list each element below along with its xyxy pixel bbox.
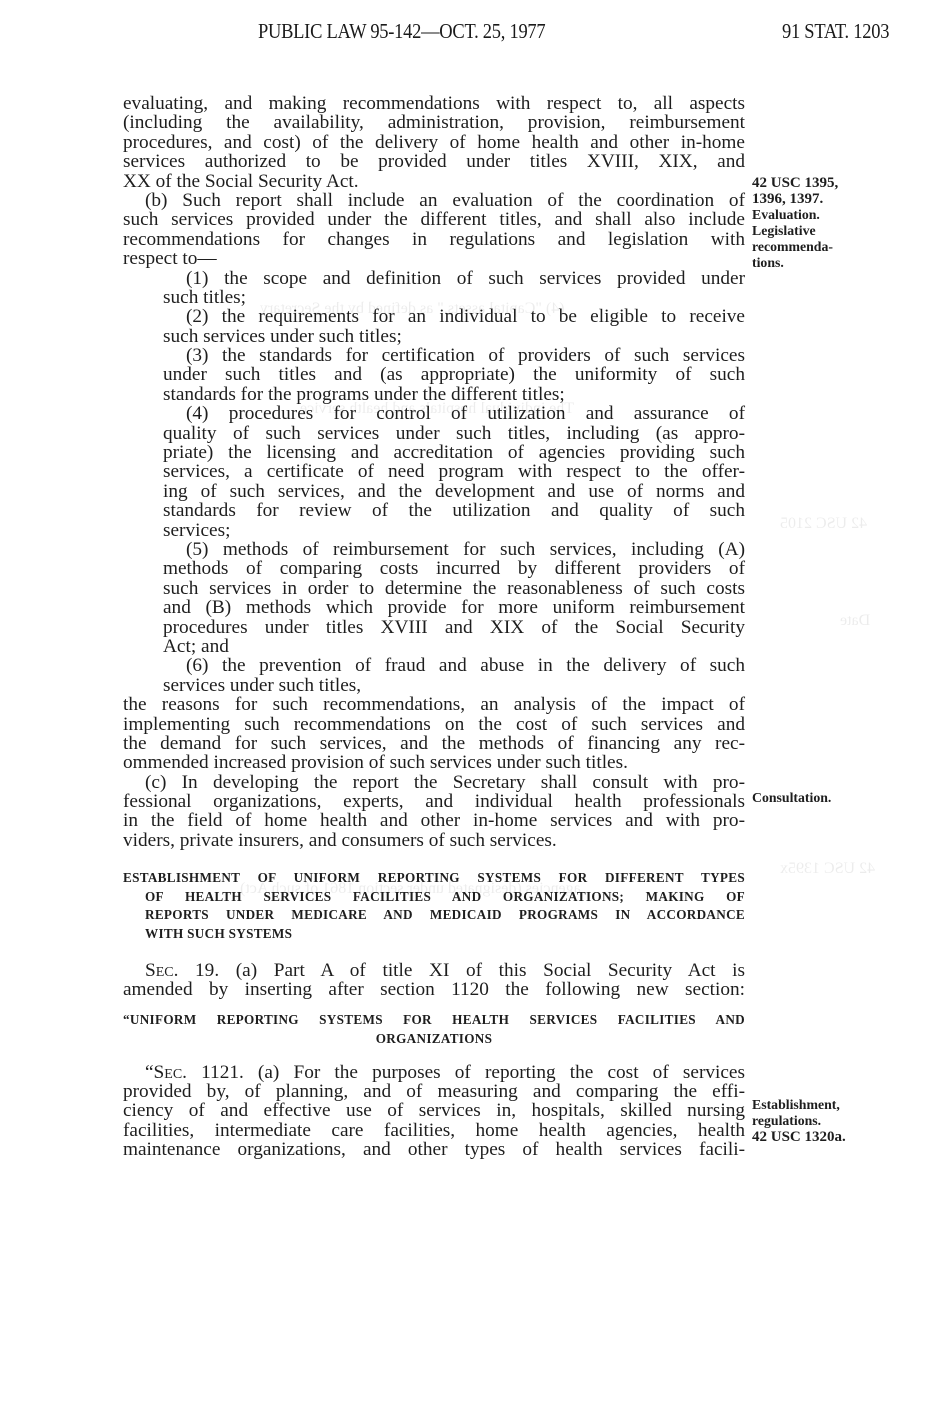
- text-line: facilities, intermediate care facilities…: [123, 1121, 745, 1140]
- text-line: (c) In developing the report the Secreta…: [123, 773, 745, 792]
- text-line: and (B) methods which provide for more u…: [123, 598, 745, 617]
- text-line: procedures under titles XVIII and XIX of…: [123, 618, 745, 637]
- paragraph-c: (c) In developing the report the Secreta…: [123, 773, 745, 851]
- text-line: such titles;: [123, 288, 745, 307]
- text-line: quality of such services under such titl…: [123, 424, 745, 443]
- section-1121: “Sec. 1121. (a) For the purposes of repo…: [123, 1063, 745, 1160]
- text-line: maintenance organizations, and other typ…: [123, 1140, 745, 1159]
- list-item-5: (5) methods of reimbursement for such se…: [123, 540, 745, 656]
- text-line: implementing such recommendations on the…: [123, 715, 745, 734]
- heading-line: WITH SUCH SYSTEMS: [123, 925, 745, 944]
- text-line: methods of comparing costs incurred by d…: [123, 559, 745, 578]
- heading-line: OF HEALTH SERVICES FACILITIES AND ORGANI…: [123, 888, 745, 907]
- statute-body: evaluating, and making recommendations w…: [123, 94, 745, 1160]
- section-19: Sec. 19. (a) Part A of title XI of this …: [123, 961, 745, 1000]
- text-line: ommended increased provision of such ser…: [123, 753, 745, 772]
- section-label: “Sec. 1121.: [145, 1062, 244, 1083]
- list-item-4: (4) procedures for control of utilizatio…: [123, 404, 745, 540]
- text-line: (3) the standards for certification of p…: [123, 346, 745, 365]
- margin-note-consultation: Consultation.: [752, 790, 902, 806]
- text-line: fessional organizations, experts, and in…: [123, 792, 745, 811]
- list-item-2: (2) the requirements for an individual t…: [123, 307, 745, 346]
- running-head: PUBLIC LAW 95-142—OCT. 25, 1977 91 STAT.…: [0, 19, 948, 45]
- text-line: respect to—: [123, 249, 745, 268]
- text-line: amended by inserting after section 1120 …: [123, 980, 745, 999]
- text-line: the reasons for such recommendations, an…: [123, 695, 745, 714]
- text-line: viders, private insurers, and consumers …: [123, 831, 745, 850]
- heading-line: REPORTS UNDER MEDICARE AND MEDICAID PROG…: [123, 906, 745, 925]
- text-line: provided by, of planning, and of measuri…: [123, 1082, 745, 1101]
- text-line: recommendations for changes in regulatio…: [123, 230, 745, 249]
- section-heading: ESTABLISHMENT OF UNIFORM REPORTING SYSTE…: [123, 869, 745, 943]
- margin-note-establishment: Establishment, regulations. 42 USC 1320a…: [752, 1097, 902, 1145]
- text-line: ciency of and effective use of services …: [123, 1101, 745, 1120]
- text-line: such services in order to determine the …: [123, 579, 745, 598]
- text-line: in the field of home health and other in…: [123, 811, 745, 830]
- text-line: (6) the prevention of fraud and abuse in…: [123, 656, 745, 675]
- text-line: ing of such services, and the developmen…: [123, 482, 745, 501]
- text-line: (1) the scope and definition of such ser…: [123, 269, 745, 288]
- bleed-through-noise: Date: [840, 612, 870, 630]
- text-line: (5) methods of reimbursement for such se…: [123, 540, 745, 559]
- text-line: procedures, and cost) of the delivery of…: [123, 133, 745, 152]
- text-line: (b) Such report shall include an evaluat…: [123, 191, 745, 210]
- paragraph-a-continued: evaluating, and making recommendations w…: [123, 94, 745, 191]
- text-line: (4) procedures for control of utilizatio…: [123, 404, 745, 423]
- text-line: priate) the licensing and accreditation …: [123, 443, 745, 462]
- heading-line: ORGANIZATIONS: [123, 1030, 745, 1049]
- bleed-through-noise: 42 USC 1395x: [780, 860, 875, 878]
- page-number: 91 STAT. 1203: [782, 19, 889, 44]
- text-line: XX of the Social Security Act.: [123, 172, 745, 191]
- text-line: services authorized to be provided under…: [123, 152, 745, 171]
- list-item-6: (6) the prevention of fraud and abuse in…: [123, 656, 745, 695]
- list-item-1: (1) the scope and definition of such ser…: [123, 269, 745, 308]
- text-line: Act; and: [123, 637, 745, 656]
- page-title: PUBLIC LAW 95-142—OCT. 25, 1977: [258, 19, 545, 44]
- text-line: such services provided under the differe…: [123, 210, 745, 229]
- text-line: such services under such titles;: [123, 327, 745, 346]
- list-item-3: (3) the standards for certification of p…: [123, 346, 745, 404]
- text-line: services under such titles,: [123, 676, 745, 695]
- text-line: services;: [123, 521, 745, 540]
- heading-line: ESTABLISHMENT OF UNIFORM REPORTING SYSTE…: [123, 869, 745, 888]
- paragraph-b: (b) Such report shall include an evaluat…: [123, 191, 745, 269]
- text-line: (including the availability, administrat…: [123, 113, 745, 132]
- bleed-through-noise: 42 USC 2105: [780, 515, 867, 533]
- text-line: “Sec. 1121. (a) For the purposes of repo…: [123, 1063, 745, 1082]
- text-line: (2) the requirements for an individual t…: [123, 307, 745, 326]
- margin-note-evaluation: 42 USC 1395, 1396, 1397. Evaluation. Leg…: [752, 175, 902, 271]
- paragraph-reasons: the reasons for such recommendations, an…: [123, 695, 745, 773]
- text-line: standards for review of the utilization …: [123, 501, 745, 520]
- text-line: services, a certificate of need program …: [123, 462, 745, 481]
- text-line: under such titles and (as appropriate) t…: [123, 365, 745, 384]
- text-line: the demand for such services, and the me…: [123, 734, 745, 753]
- heading-line: “UNIFORM REPORTING SYSTEMS FOR HEALTH SE…: [123, 1011, 745, 1030]
- text-line: Sec. 19. (a) Part A of title XI of this …: [123, 961, 745, 980]
- text-line: standards for the programs under the dif…: [123, 385, 745, 404]
- quoted-section-heading: “UNIFORM REPORTING SYSTEMS FOR HEALTH SE…: [123, 1011, 745, 1048]
- section-label: Sec. 19.: [145, 960, 219, 981]
- text-line: evaluating, and making recommendations w…: [123, 94, 745, 113]
